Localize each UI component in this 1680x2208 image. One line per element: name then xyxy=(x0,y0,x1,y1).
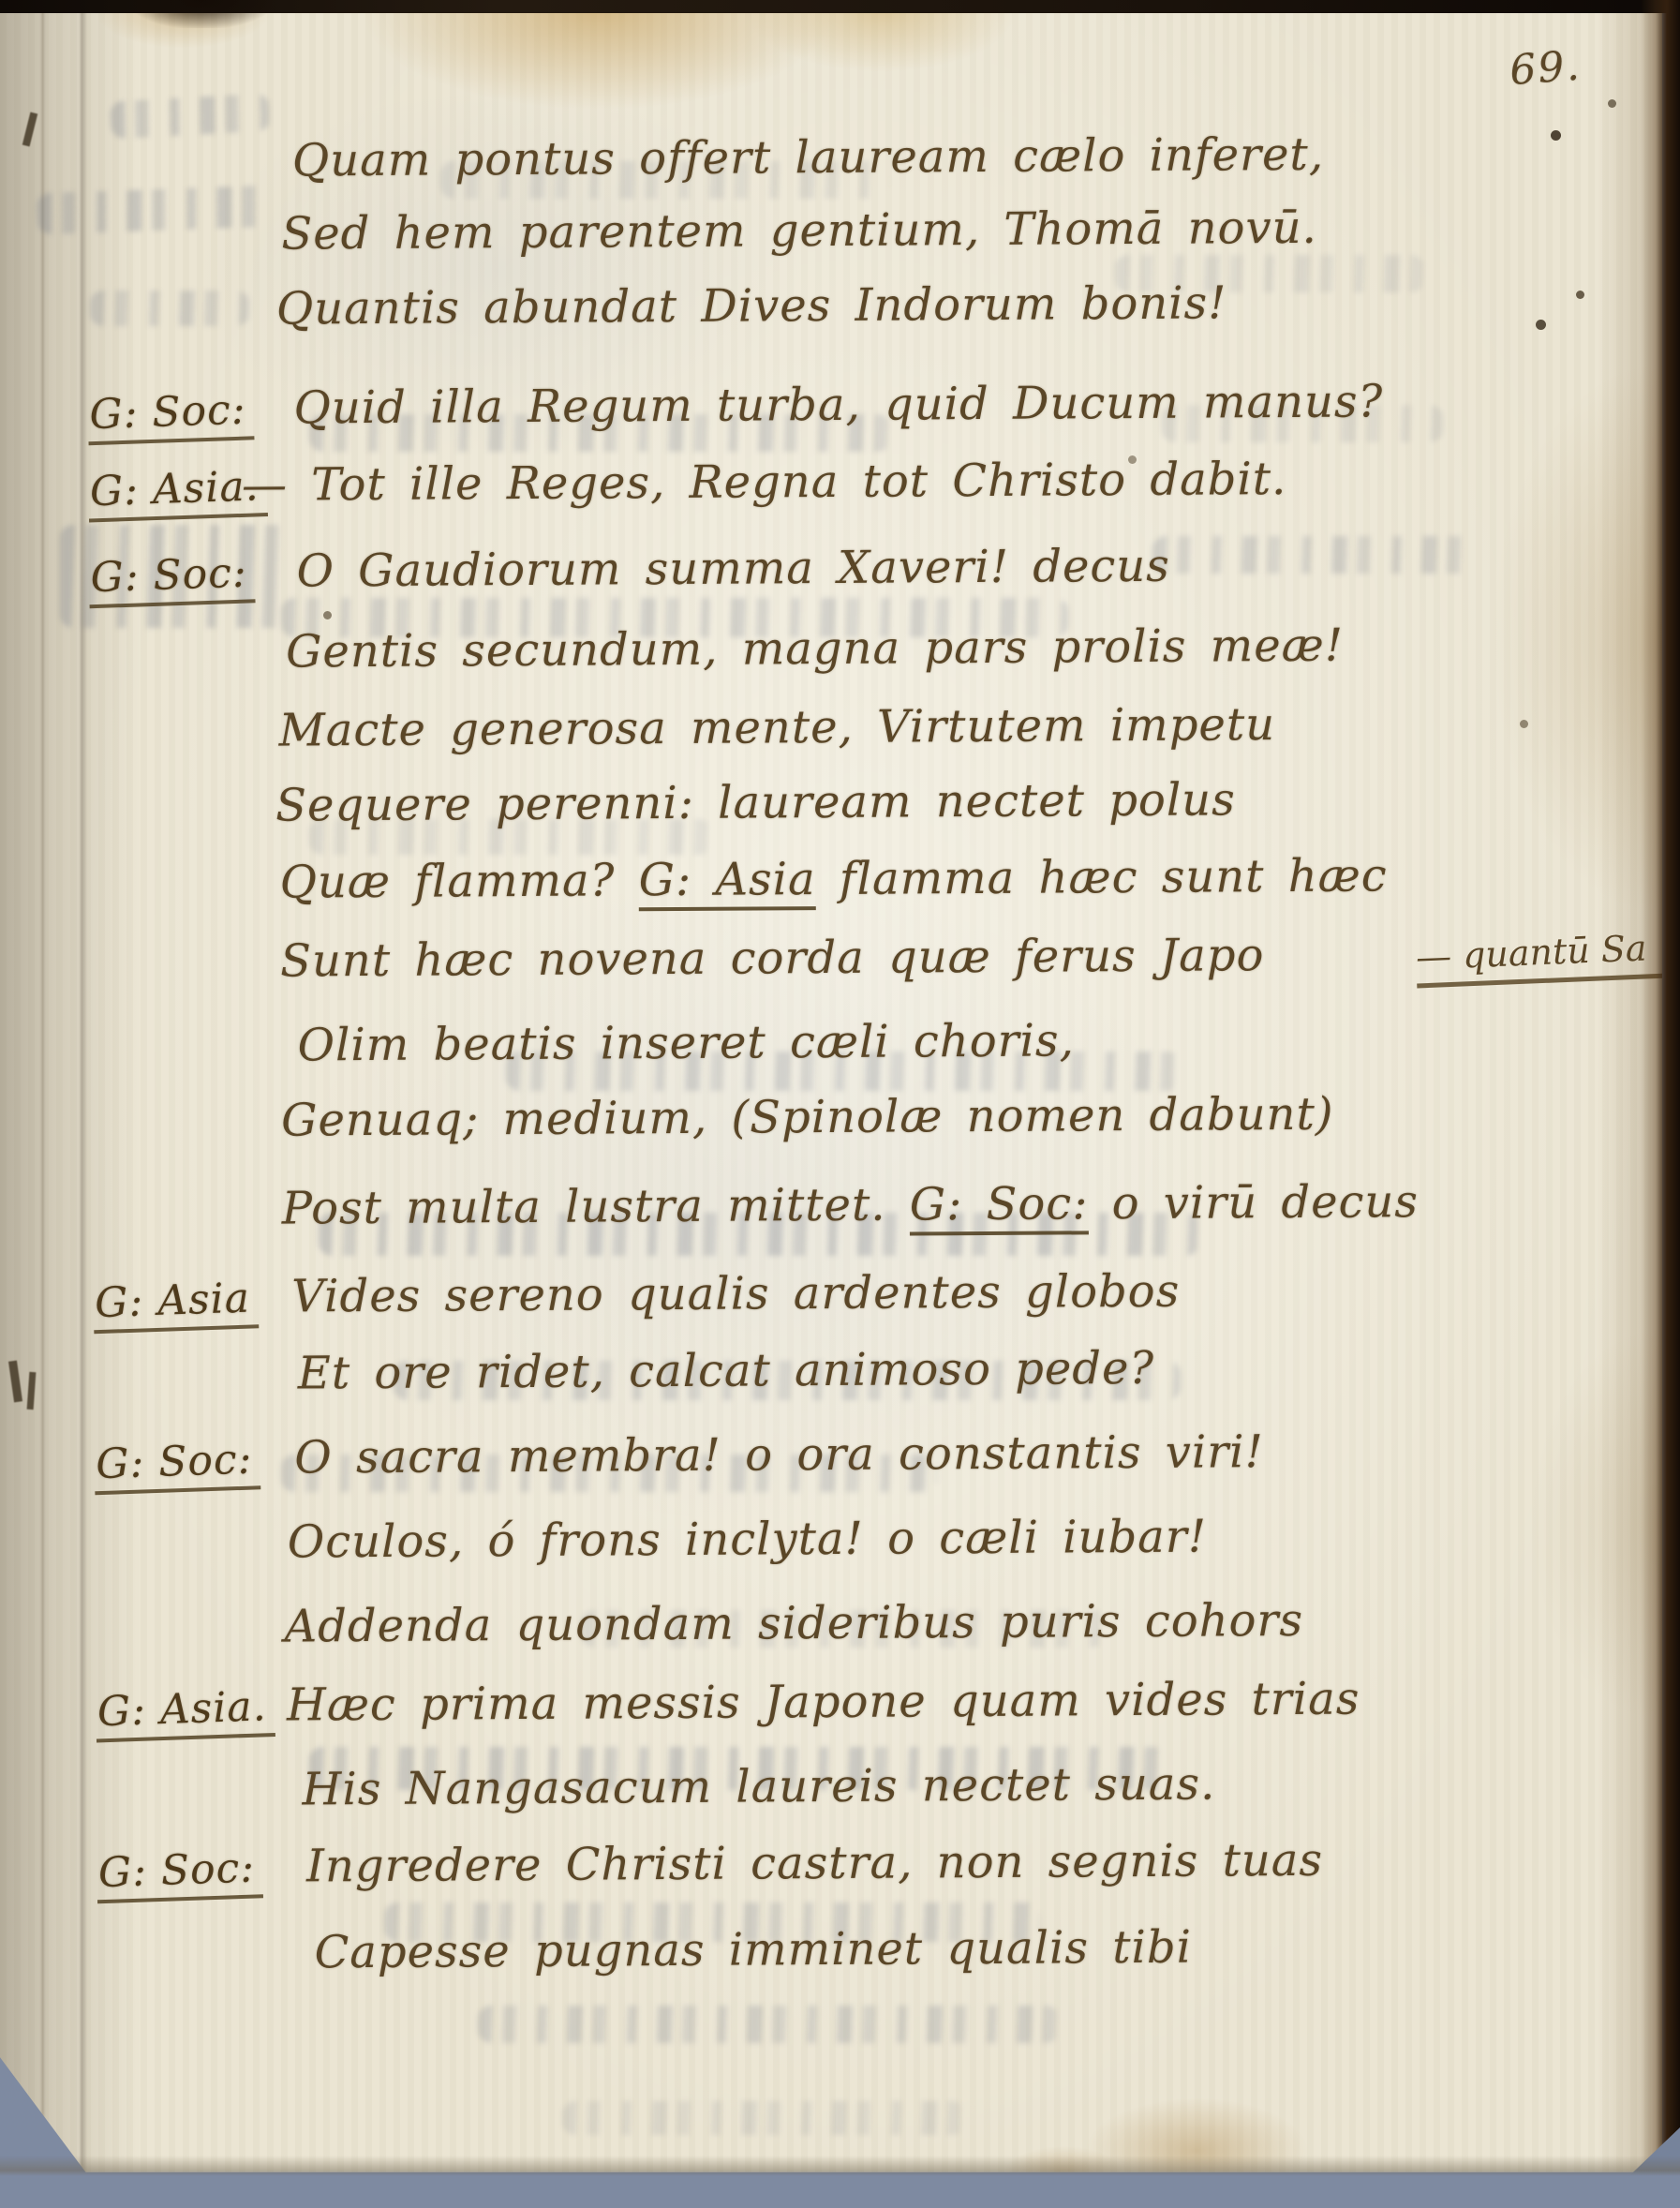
line-text: Oculos, ó frons inclyta! o cæli iubar! xyxy=(288,1511,1207,1569)
line-text: — Tot ille Reges, Regna tot Christo dabi… xyxy=(242,453,1287,512)
line-text: o virū decus xyxy=(1088,1175,1419,1230)
text-layer: 69. G: Soc:G: Asia.G: Soc:G: AsiaG: Soc:… xyxy=(0,11,1662,2172)
manuscript-line: Macte generosa mente, Virtutem impetu xyxy=(278,698,1275,756)
manuscript-line: Ingredere Christi castra, non segnis tua… xyxy=(306,1834,1323,1893)
manuscript-line: Quantis abundat Dives Indorum bonis! xyxy=(276,276,1227,335)
line-text: Quid illa Regum turba, quid Ducum manus? xyxy=(293,375,1383,434)
line-text: flamma hæc sunt hæc xyxy=(816,849,1388,905)
manuscript-line: Sed hem parentem gentium, Thomā novū. xyxy=(281,201,1317,261)
line-text: Sequere perenni: lauream nectet polus xyxy=(275,773,1236,831)
line-text: Genuaq; medium, (Spinolæ nomen dabunt) xyxy=(281,1088,1334,1147)
manuscript-line: Quid illa Regum turba, quid Ducum manus? xyxy=(293,375,1383,434)
line-text: Et ore ridet, calcat animoso pede? xyxy=(298,1342,1155,1400)
manuscript-scan: 69. G: Soc:G: Asia.G: Soc:G: AsiaG: Soc:… xyxy=(0,0,1680,2208)
manuscript-line: Genuaq; medium, (Spinolæ nomen dabunt) xyxy=(281,1088,1334,1147)
speaker-label: G: Soc: xyxy=(88,548,256,608)
manuscript-line: Post multa lustra mittet. G: Soc: o virū… xyxy=(282,1175,1420,1234)
page-number: 69. xyxy=(1509,42,1583,96)
manuscript-line: Gentis secundum, magna pars prolis meæ! xyxy=(286,619,1344,679)
line-text: Addenda quondam sideribus puris cohors xyxy=(284,1594,1303,1653)
manuscript-line: Quam pontus offert lauream cælo inferet, xyxy=(292,128,1324,187)
inline-speaker-label: G: Soc: xyxy=(910,1177,1089,1235)
line-text: O Gaudiorum summa Xaveri! decus xyxy=(296,540,1170,598)
line-text: Quantis abundat Dives Indorum bonis! xyxy=(276,276,1227,335)
manuscript-line: O Gaudiorum summa Xaveri! decus xyxy=(296,540,1170,598)
book-right-edge xyxy=(1641,0,1680,2208)
manuscript-line: Sunt hæc novena corda quæ ferus Japo xyxy=(280,929,1265,987)
speaker-label: G: Asia xyxy=(92,1274,258,1334)
margin-note: — quantū Sa xyxy=(1415,925,1662,989)
manuscript-line: Et ore ridet, calcat animoso pede? xyxy=(298,1342,1155,1400)
line-text: Macte generosa mente, Virtutem impetu xyxy=(278,698,1275,756)
manuscript-line: O sacra membra! o ora constantis viri! xyxy=(294,1425,1264,1484)
speaker-label: G: Asia. xyxy=(87,462,267,522)
line-text: His Nangasacum laureis nectet suas. xyxy=(302,1758,1215,1816)
line-text: Sed hem parentem gentium, Thomā novū. xyxy=(281,201,1317,261)
manuscript-line: Hæc prima messis Japone quam vides trias xyxy=(287,1673,1360,1732)
speaker-label: G: Soc: xyxy=(96,1843,263,1903)
background-bottom-strip xyxy=(0,2156,1680,2208)
line-text: Ingredere Christi castra, non segnis tua… xyxy=(306,1834,1323,1893)
line-text: Quam pontus offert lauream cælo inferet, xyxy=(292,128,1324,187)
speaker-label: G: Soc: xyxy=(93,1435,260,1495)
line-text: Quæ flamma? xyxy=(279,854,638,908)
book-top-edge-shadow xyxy=(131,0,272,28)
line-text: Capesse pugnas imminet qualis tibi xyxy=(314,1921,1192,1979)
line-text: Vides sereno qualis ardentes globos xyxy=(291,1265,1180,1323)
speaker-label: G: Soc: xyxy=(87,385,255,445)
manuscript-line: His Nangasacum laureis nectet suas. xyxy=(302,1758,1215,1816)
manuscript-line: Sequere perenni: lauream nectet polus xyxy=(275,773,1236,831)
line-text: Sunt hæc novena corda quæ ferus Japo xyxy=(280,929,1265,987)
manuscript-line: Oculos, ó frons inclyta! o cæli iubar! xyxy=(288,1511,1207,1569)
manuscript-line: Addenda quondam sideribus puris cohors xyxy=(284,1594,1303,1653)
line-text: Post multa lustra mittet. xyxy=(282,1178,910,1234)
manuscript-line: Capesse pugnas imminet qualis tibi xyxy=(314,1921,1192,1979)
manuscript-line: Vides sereno qualis ardentes globos xyxy=(291,1265,1180,1323)
manuscript-line: Quæ flamma? G: Asia flamma hæc sunt hæc xyxy=(279,849,1387,908)
manuscript-page: 69. G: Soc:G: Asia.G: Soc:G: AsiaG: Soc:… xyxy=(0,11,1662,2172)
speaker-label: G: Asia. xyxy=(95,1682,275,1742)
line-text: O sacra membra! o ora constantis viri! xyxy=(294,1425,1264,1484)
line-text: Olim beatis inseret cæli choris, xyxy=(298,1014,1075,1071)
manuscript-line: Olim beatis inseret cæli choris, xyxy=(298,1014,1075,1071)
manuscript-line: — Tot ille Reges, Regna tot Christo dabi… xyxy=(242,453,1287,512)
line-text: Gentis secundum, magna pars prolis meæ! xyxy=(286,619,1344,679)
line-text: Hæc prima messis Japone quam vides trias xyxy=(287,1673,1360,1732)
inline-speaker-label: G: Asia xyxy=(638,853,815,911)
